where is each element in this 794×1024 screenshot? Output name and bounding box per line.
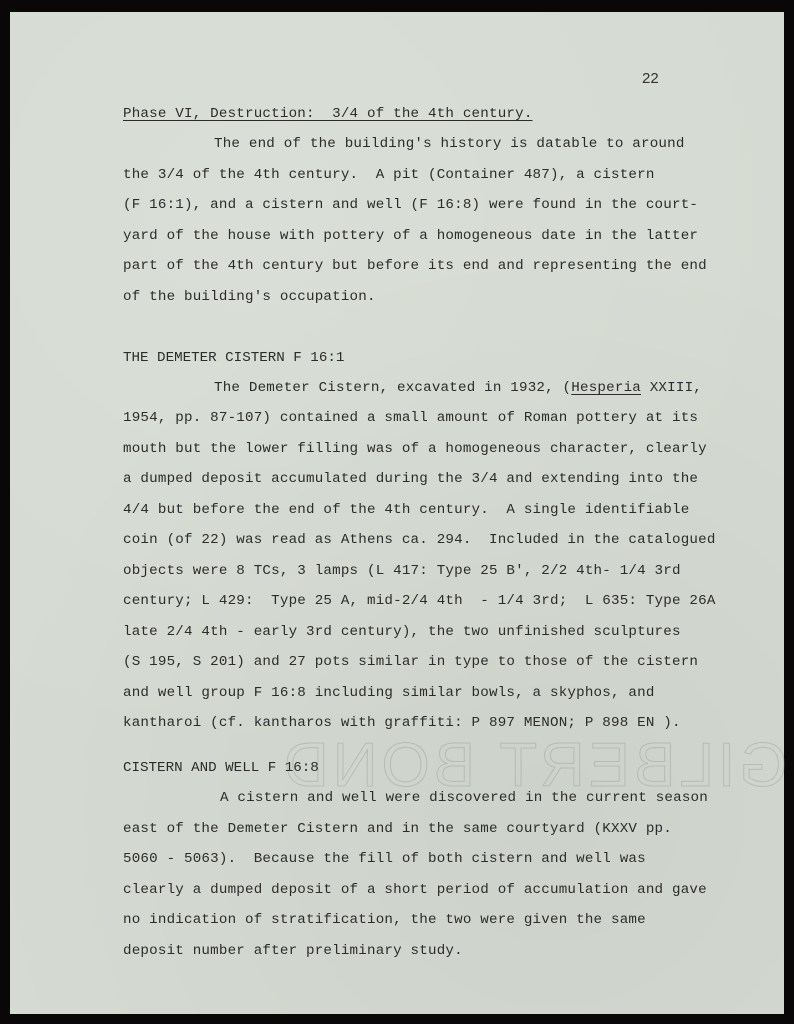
paragraph-line: 4/4 but before the end of the 4th centur… xyxy=(123,502,689,518)
paragraph-line: the 3/4 of the 4th century. A pit (Conta… xyxy=(123,167,655,183)
paragraph-line: 5060 - 5063). Because the fill of both c… xyxy=(123,851,646,867)
paragraph-line: and well group F 16:8 including similar … xyxy=(123,685,655,701)
paragraph-line: century; L 429: Type 25 A, mid-2/4 4th -… xyxy=(123,593,716,609)
document-page: GILBERT BOND 22 Phase VI, Destruction: 3… xyxy=(10,12,784,1014)
paragraph-line: yard of the house with pottery of a homo… xyxy=(123,228,698,244)
paragraph-text: The Demeter Cistern, excavated in 1932, … xyxy=(214,380,571,396)
journal-title-hesperia: Hesperia xyxy=(571,380,641,396)
paragraph-line: mouth but the lower filling was of a hom… xyxy=(123,441,707,457)
paragraph-line: of the building's occupation. xyxy=(123,289,376,305)
paragraph-line: A cistern and well were discovered in th… xyxy=(220,790,708,806)
paragraph-first-line: The Demeter Cistern, excavated in 1932, … xyxy=(214,380,702,396)
section-heading-phase-vi: Phase VI, Destruction: 3/4 of the 4th ce… xyxy=(123,106,533,122)
page-number: 22 xyxy=(642,70,659,87)
paragraph-line: objects were 8 TCs, 3 lamps (L 417: Type… xyxy=(123,563,681,579)
paragraph-line: part of the 4th century but before its e… xyxy=(123,258,707,274)
section-heading-cistern-and-well: CISTERN AND WELL F 16:8 xyxy=(123,760,319,776)
paragraph-line: coin (of 22) was read as Athens ca. 294.… xyxy=(123,532,716,548)
paragraph-line: deposit number after preliminary study. xyxy=(123,943,463,959)
paragraph-line: late 2/4 4th - early 3rd century), the t… xyxy=(123,624,681,640)
paragraph-line: The end of the building's history is dat… xyxy=(214,136,685,152)
paragraph-line: no indication of stratification, the two… xyxy=(123,912,646,928)
paragraph-line: clearly a dumped deposit of a short peri… xyxy=(123,882,707,898)
paragraph-text: XXIII, xyxy=(641,380,702,396)
paragraph-line: 1954, pp. 87-107) contained a small amou… xyxy=(123,410,698,426)
paragraph-line: a dumped deposit accumulated during the … xyxy=(123,471,698,487)
paragraph-line: kantharoi (cf. kantharos with graffiti: … xyxy=(123,715,681,731)
paragraph-line: (S 195, S 201) and 27 pots similar in ty… xyxy=(123,654,698,670)
paragraph-line: east of the Demeter Cistern and in the s… xyxy=(123,821,672,837)
section-heading-demeter-cistern: THE DEMETER CISTERN F 16:1 xyxy=(123,350,344,366)
paragraph-line: (F 16:1), and a cistern and well (F 16:8… xyxy=(123,197,698,213)
